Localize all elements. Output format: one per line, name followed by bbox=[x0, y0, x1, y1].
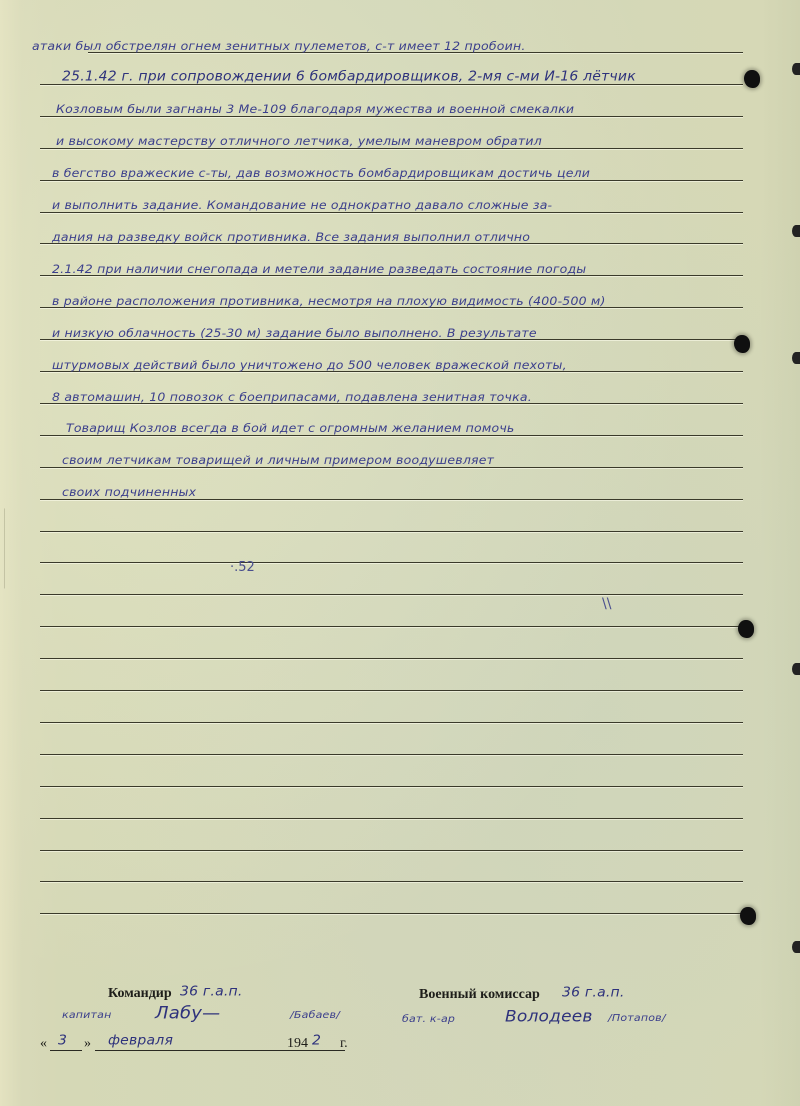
date-open-quote: « bbox=[40, 1036, 47, 1052]
body-line-9: в районе расположения противника, несмот… bbox=[52, 294, 606, 308]
commissar-rank: бат. к-ар bbox=[402, 1013, 455, 1025]
edge-tear bbox=[792, 63, 800, 75]
body-line-12: 8 автомашин, 10 повозок с боеприпасами, … bbox=[52, 390, 532, 404]
commander-label: Командир bbox=[108, 986, 172, 1002]
ruled-line bbox=[40, 626, 743, 627]
commander-signature: Лабу— bbox=[155, 1004, 220, 1023]
ruled-line bbox=[40, 531, 743, 532]
ruled-line bbox=[40, 786, 743, 787]
ruled-line bbox=[40, 850, 743, 851]
edge-tear bbox=[792, 225, 800, 237]
date-day: 3 bbox=[58, 1033, 67, 1048]
edge-tear bbox=[792, 941, 800, 953]
commander-rank: капитан bbox=[62, 1009, 111, 1021]
date-year-line bbox=[310, 1050, 332, 1051]
ruled-line bbox=[40, 818, 743, 819]
margin-mark-strokes: \\ bbox=[602, 596, 611, 612]
body-line-11: штурмовых действий было уничтожено до 50… bbox=[52, 358, 567, 372]
body-line-1: атаки был обстрелян огнем зенитных пулем… bbox=[32, 39, 526, 53]
ruled-line bbox=[40, 881, 743, 882]
ruled-line bbox=[40, 913, 743, 914]
edge-tear bbox=[792, 352, 800, 364]
body-line-3: Козловым были загнаны 3 Ме-109 благодаря… bbox=[56, 102, 574, 116]
punch-hole bbox=[738, 620, 754, 638]
punch-hole bbox=[734, 335, 750, 353]
commissar-name: /Потапов/ bbox=[608, 1012, 666, 1024]
body-line-5: в бегство вражеские с-ты, дав возможност… bbox=[52, 166, 590, 180]
ruled-line bbox=[40, 562, 743, 563]
commissar-unit: 36 г.а.п. bbox=[562, 985, 625, 1000]
date-year-suffix: 2 bbox=[312, 1033, 321, 1048]
body-line-8: 2.1.42 при наличии снегопада и метели за… bbox=[52, 262, 586, 276]
ruled-line bbox=[40, 84, 743, 85]
body-line-15: своих подчиненных bbox=[62, 485, 196, 499]
punch-hole bbox=[744, 70, 760, 88]
date-year-prefix: 194 bbox=[287, 1036, 308, 1052]
commissar-signature: Володеев bbox=[505, 1008, 593, 1026]
paper-fold-crease bbox=[4, 508, 45, 612]
ruled-line bbox=[40, 594, 743, 595]
body-line-13: Товарищ Козлов всегда в бой идет с огром… bbox=[66, 421, 515, 435]
punch-hole bbox=[740, 907, 756, 925]
body-line-4: и высокому мастерству отличного летчика,… bbox=[56, 134, 542, 148]
body-line-6: и выполнить задание. Командование не одн… bbox=[52, 198, 552, 212]
commissar-label: Военный комиссар bbox=[419, 987, 540, 1003]
date-day-line bbox=[50, 1050, 82, 1051]
edge-tear bbox=[792, 663, 800, 675]
commander-unit: 36 г.а.п. bbox=[180, 984, 243, 999]
date-year-unit: г. bbox=[340, 1036, 348, 1052]
ruled-line bbox=[40, 722, 743, 723]
ruled-line bbox=[40, 658, 743, 659]
body-line-10: и низкую облачность (25-30 м) задание бы… bbox=[52, 326, 537, 340]
ruled-line bbox=[40, 754, 743, 755]
body-line-2: 25.1.42 г. при сопровождении 6 бомбардир… bbox=[62, 69, 636, 84]
date-month: февраля bbox=[108, 1033, 173, 1048]
margin-mark-number: ·.52 bbox=[230, 560, 255, 575]
document-page: атаки был обстрелян огнем зенитных пулем… bbox=[0, 0, 800, 1106]
ruled-line bbox=[40, 690, 743, 691]
body-line-14: своим летчикам товарищей и личным пример… bbox=[62, 453, 494, 467]
date-close-quote: » bbox=[84, 1036, 91, 1052]
body-line-7: дания на разведку войск противника. Все … bbox=[52, 230, 530, 244]
commander-name: /Бабаев/ bbox=[290, 1009, 340, 1021]
